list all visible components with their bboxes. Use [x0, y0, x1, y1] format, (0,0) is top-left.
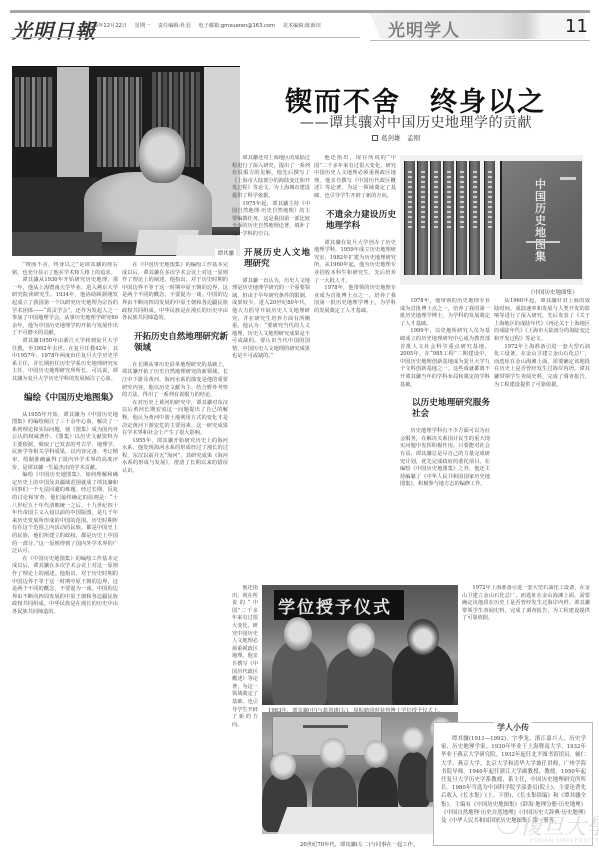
book-spine: [456, 161, 467, 275]
editor-email: 电子邮箱:gmxueren@163.com: [198, 23, 275, 29]
book-spine: [484, 161, 495, 275]
book-spine: [404, 161, 415, 275]
portrait-photo: 谭其骧: [12, 66, 240, 256]
atlas-cover-title: 中国历史地图集: [535, 179, 549, 263]
colleague-head: [320, 738, 346, 768]
shelf-books: [15, 77, 53, 147]
paragraph: 1975年起，谭其骧主持《中国自然地理·历史自然地理》的主要编撰任务，这是我国第…: [232, 201, 310, 239]
paragraph: 在对历史上黄河的研究中，谭其骧对东汉以后黄河长期安流这一问题提出了自己的解释。他…: [122, 400, 228, 438]
paragraph: 1972年上海准备引进一套大型石油化工设备，在金山卫建立金山石化总厂，而选址在金…: [494, 344, 590, 390]
university-seal-icon: [497, 812, 519, 834]
desk-book: [12, 232, 102, 256]
section-heading: 以历史地理研究服务社会: [400, 398, 490, 420]
section-title: 光明学人: [388, 16, 460, 41]
degree-ceremony-photo: 学位授予仪式: [262, 585, 458, 705]
atlas-cover: 中国历史地图集: [500, 161, 582, 279]
text-column-1: “锲而不舍，终身以之”是谭其骧的座右铭，也充分显示了他在学术和人格上的追求。 谭…: [12, 262, 118, 846]
section-heading: 开拓历史自然地理研究新领域: [122, 332, 228, 354]
university-watermark: 復旦大學 FUDAN UNIVERSITY: [520, 810, 599, 850]
atlas-photo-caption: 《中国历史地图集》: [528, 288, 578, 296]
paragraph: 在长期从事历史沿革地理研究的基础上，谭其骧开拓了历史自然地理研究的新领域，长江中…: [122, 362, 228, 400]
text-column-4: 他还指出，现在所说的“中国”二千多年来有过很大变化，研究中国历史人文地理必须重视…: [314, 155, 396, 580]
text-column-7: 他还指出，现在所说的“中国”二千多年来有过很大变化，研究中国历史人文地理必须重视…: [232, 585, 258, 845]
article-subtitle: ——谭其骧对中国历史地理学的贡献: [300, 112, 532, 132]
watermark-english: FUDAN UNIVERSITY: [530, 838, 599, 844]
byline-square-icon: [372, 135, 378, 141]
issue-weekday: 星期一: [135, 23, 151, 29]
paragraph: 1955年，谭其骧开始研究历史上的海河水系。他发现海河水系的形成经过了漫长的过程…: [122, 438, 228, 476]
wall: [57, 67, 89, 182]
paragraph: 在《中国历史地图集》的编绘工作基本完成以后，谭其骧在多次学术会议上对这一原则作了…: [122, 262, 228, 323]
paragraph: 从1955年开始，谭其骧为《中国历史地图集》的编绘倾注了三十余年心血，解决了一系…: [12, 412, 118, 473]
byline-authors: 葛剑雄 孟刚: [381, 134, 420, 142]
colleagues-photo: [262, 712, 458, 834]
masthead: 光明日報 2025年12月22日 星期一 责任编辑:杜羽 电子邮箱:gmxuer…: [10, 8, 590, 44]
biography-title: 学人小传: [494, 722, 532, 733]
paragraph: 历史地理学科有不少方面可以为社会服务，在解决关系国计民生的重大现实问题中发挥积极…: [400, 428, 490, 489]
section-heading: 开展历史人文地理研究: [232, 248, 310, 270]
watermark-chinese: 復旦大學: [520, 810, 599, 841]
text-column-3: 谭其骧还对上海地区的成陆过程进行了深入研究，提出了一系列有说服力的见解。他先后撰…: [232, 155, 310, 580]
paragraph: 他还指出，现在所说的“中国”二千多年来有过很大变化，研究中国历史人文地理必须重视…: [314, 155, 396, 201]
paragraph: 谭其骧1950年由浙江大学转到复旦大学任教，至1992年去世，在复旦任教42年，…: [12, 338, 118, 384]
byline: 葛剑雄 孟刚: [372, 133, 420, 142]
section-heading: 不遗余力建设历史地理学科: [314, 210, 396, 232]
paragraph: 谭其骧一直认为，历史人文地理是历史地理学研究的一个重要领域，但由于早年研究条件的…: [232, 278, 310, 362]
paragraph: 1972年上海准备引进一套大型石油化工设备，在金山卫建立金山石化总厂，而选址在金…: [462, 585, 590, 623]
paragraph: 1978年，他带领的历史地理专业成为首批博士点之一，培养了我国第一批历史地理学博…: [314, 285, 396, 315]
shelf-books: [97, 77, 142, 167]
person-left-head: [284, 617, 312, 651]
person-center-head: [347, 623, 375, 657]
paragraph: 编绘《中国历史地图集》，如何理解和确定历史上的中国及其疆域范围就成了谭其骧和同事…: [12, 472, 118, 556]
book-spine: [443, 161, 454, 275]
art-editor: 美术编辑:陈新田: [283, 23, 321, 29]
text-column-8: 1972年上海准备引进一套大型石油化工设备，在金山卫建立金山石化总厂，而选址在金…: [462, 585, 590, 715]
masthead-info: 2025年12月22日 星期一 责任编辑:杜羽 电子邮箱:gmxueren@16…: [85, 22, 327, 29]
paragraph: 谭其骧在复旦大学创办了历史地理学科，1959年成立历史地理研究室，1982年扩建…: [314, 240, 396, 286]
section-underline: [370, 40, 590, 41]
scholar-head: [139, 127, 185, 183]
atlas-books-photo: 中国历史地图集: [400, 155, 583, 285]
section-tab: 光明学人 11: [360, 13, 590, 41]
masthead-bottom-rule: [10, 37, 360, 38]
book-spine: [430, 161, 441, 275]
person-right-head: [407, 619, 439, 655]
ceremony-banner-text: 学位授予仪式: [278, 593, 392, 618]
text-column-2: 在《中国历史地图集》的编绘工作基本完成以后，谭其骧在多次学术会议上对这一原则作了…: [122, 262, 228, 846]
book-spine: [417, 161, 428, 275]
issue-date: 2025年12月22日: [85, 23, 127, 29]
text-column-5: 1978年，他带领的历史地理专业成为首批博士点之一，培养了我国第一批历史地理学博…: [400, 298, 490, 580]
newspaper-logo: 光明日報: [12, 15, 96, 44]
paragraph: 谭其骧从1930年开始研究历史地理，那一年，他从上海暨南大学毕业，进入燕京大学研…: [12, 277, 118, 338]
desk-papers: [277, 807, 447, 834]
colleague-head: [364, 740, 388, 768]
responsible-editor: 责任编辑:杜羽: [158, 23, 191, 29]
page-number: 11: [565, 16, 588, 37]
paragraph: 从1960年起，谭其骧针对上海的成陆时间，成陆速率和发展与人类开发的影响等进行了…: [494, 298, 590, 344]
colleague-head: [402, 727, 424, 753]
paragraph: 1978年，他带领的历史地理专业成为首批博士点之一，培养了我国第一批历史地理学博…: [400, 298, 490, 328]
colleague-head: [270, 752, 296, 780]
paragraph: 他还指出，现在所说的“中国”二千多年来有过很大变化，研究中国历史人文地理必须重视…: [232, 585, 258, 729]
paragraph: 1999年，以史地所研究人员为基础成立的历史地理研究中心成为教育部首批人文社会科…: [400, 328, 490, 389]
paragraph: 在《中国历史地图集》的编绘工作基本完成以后，谭其骧在多次学术会议上对这一原则作了…: [12, 556, 118, 617]
section-heading: 编绘《中国历史地图集》: [12, 393, 118, 404]
paragraph: 谭其骧还对上海地区的成陆过程进行了深入研究，提出了一系列有说服力的见解。他先后撰…: [232, 155, 310, 201]
book-spine: [469, 161, 480, 275]
colleagues-photo-caption: 20世纪70年代，谭其骧(左二)与同事在一起工作。: [300, 840, 418, 848]
paragraph: “锲而不舍，终身以之”是谭其骧的座右铭，也充分显示了他在学术和人格上的追求。: [12, 262, 118, 277]
